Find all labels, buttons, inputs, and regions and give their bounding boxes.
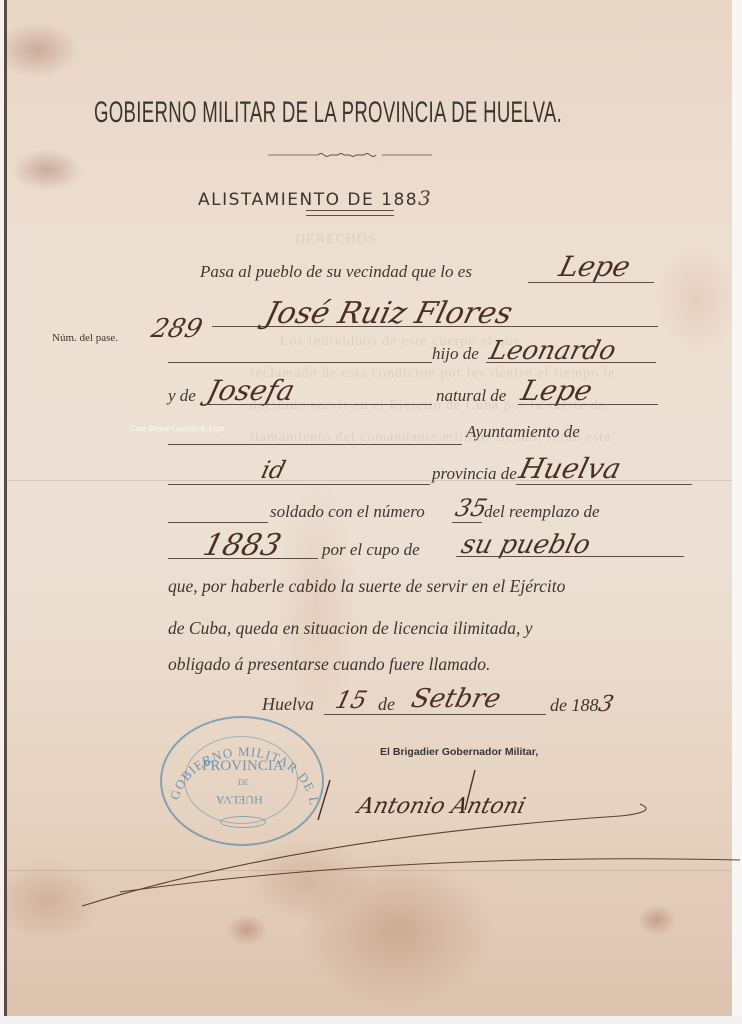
fill-line [456, 556, 684, 557]
enlistment-heading-printed: ALISTAMIENTO DE 188 [198, 190, 418, 210]
fill-line [516, 484, 692, 485]
fill-line [486, 362, 656, 363]
ornamental-divider [268, 152, 432, 158]
ayuntamiento-label: Ayuntamiento de [466, 422, 580, 442]
fill-line [168, 444, 462, 445]
father-label: hijo de [432, 344, 479, 364]
enlistment-year-digit-handwritten: 3 [418, 186, 432, 210]
fill-line [168, 484, 430, 485]
fold-crease [4, 480, 732, 481]
show-through-text: DERECHOS [295, 232, 377, 248]
fill-line [518, 404, 658, 405]
province-handwritten: Huelva [516, 452, 625, 485]
heading-double-underline [306, 210, 394, 216]
body-line-2: de Cuba, queda en situacion de licencia … [168, 618, 533, 639]
date-year-printed: de 1883 [550, 692, 613, 717]
signature-caption: El Brigadier Gobernador Militar, [380, 746, 538, 758]
enlistment-heading: ALISTAMIENTO DE 1883 [198, 186, 432, 210]
cupo-label: por el cupo de [322, 540, 420, 560]
scan-margin-bottom [0, 1016, 742, 1024]
date-de-1: de [378, 694, 395, 715]
body-line-3: obligado á presentarse cuando fuere llam… [168, 654, 490, 675]
province-label: provincia de [432, 464, 517, 484]
line-vecindad-label: Pasa al pueblo de su vecindad que lo es [200, 262, 472, 282]
pass-number-handwritten: 289 [148, 314, 205, 344]
reemplazo-label: del reemplazo de [484, 502, 600, 522]
birthplace-label: natural de [436, 386, 506, 406]
fill-line [206, 404, 432, 405]
show-through-text: Los individuos de este cuerpo el que [280, 334, 521, 350]
body-line-1: que, por haberle cabido la suerte de ser… [168, 576, 565, 597]
reemplazo-year-handwritten: 1883 [200, 528, 285, 563]
date-place: Huelva [262, 694, 314, 715]
fill-line [168, 362, 432, 363]
mother-label: y de [168, 386, 196, 406]
fill-line [168, 522, 268, 523]
birthplace-handwritten: Lepe [518, 374, 596, 407]
document-title: GOBIERNO MILITAR DE LA PROVINCIA DE HUEL… [94, 96, 416, 130]
soldier-number-label: soldado con el número [270, 502, 425, 522]
hometown-handwritten: Lepe [556, 250, 634, 283]
signature-flourish [80, 770, 740, 910]
fill-line [324, 714, 546, 715]
date-month-handwritten: Setbre [408, 684, 504, 714]
fill-line [452, 522, 482, 523]
date-year-prefix: de 188 [550, 695, 599, 715]
mother-name-handwritten: Josefa [204, 374, 298, 407]
museum-watermark: Casa Museo Castillo de Lepe [130, 424, 224, 433]
soldier-name-handwritten: José Ruiz Flores [262, 296, 516, 331]
pass-number-label-text: Núm. del pase. [52, 332, 118, 344]
